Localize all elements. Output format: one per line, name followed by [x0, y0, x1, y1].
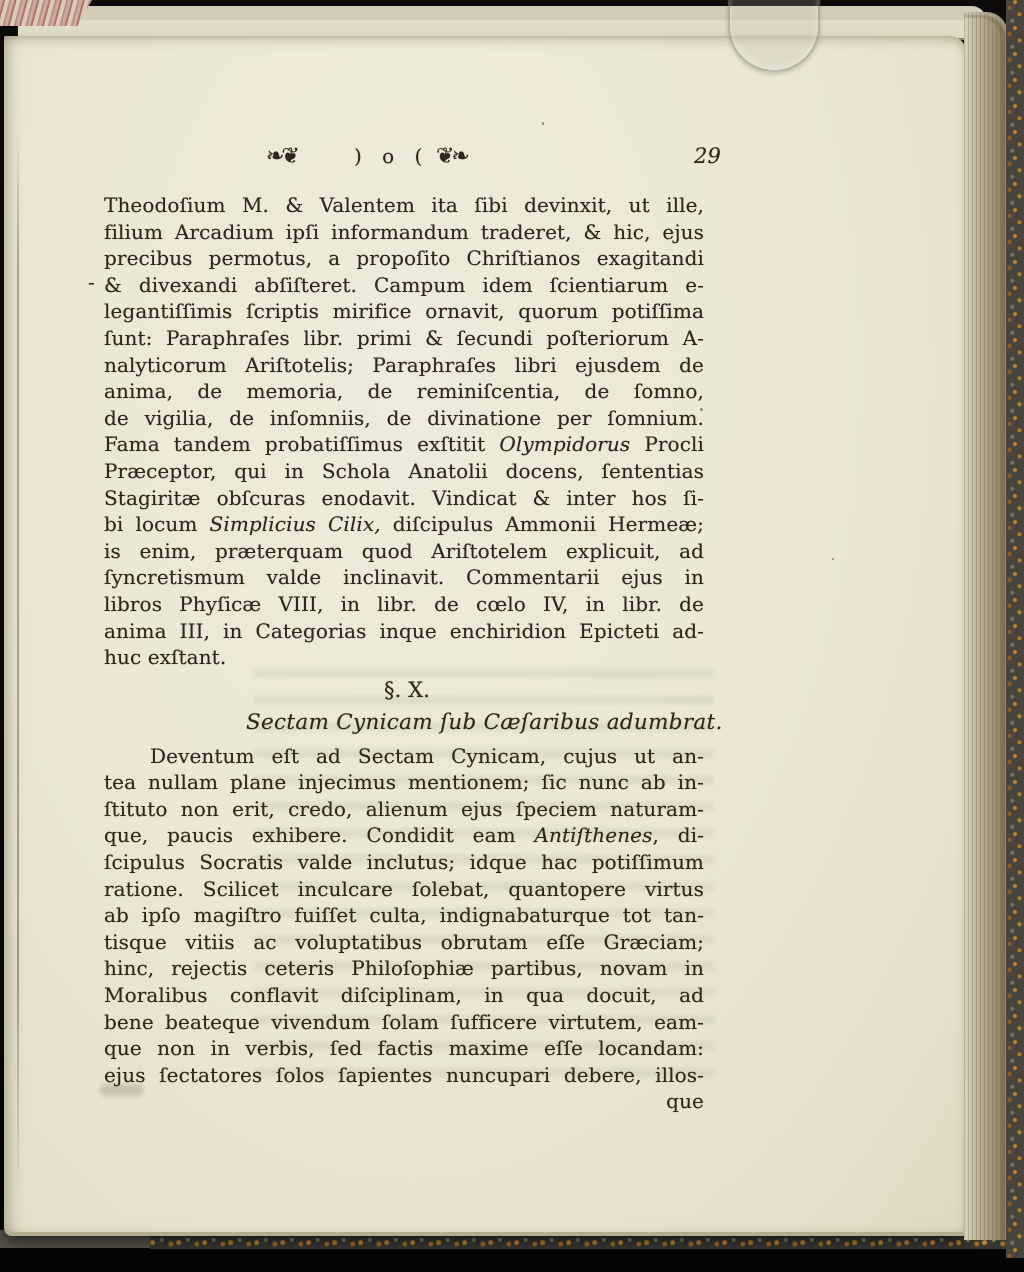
text-line: Præceptor, qui in Schola Anatolii docens… — [104, 458, 704, 485]
text-segment: ſyncretismum valde inclinavit. Commentar… — [104, 565, 704, 589]
paragraph-2: Deventum eſt ad Sectam Cynicam, cujus ut… — [104, 743, 704, 1089]
text-line: tea nullam plane injecimus mentionem; ſi… — [104, 769, 704, 796]
text-segment: Olympidorus — [499, 432, 630, 456]
text-segment: ratione. Scilicet inculcare ſolebat, qua… — [104, 877, 704, 901]
text-segment: bene beateque vivendum ſolam ſufficere v… — [104, 1010, 704, 1034]
text-line: de vigilia, de inſomniis, de divinatione… — [104, 405, 704, 432]
text-segment: ejus ſectatores ſolos ſapientes nuncupar… — [104, 1063, 704, 1087]
text-line: nalyticorum Ariſtotelis; Paraphraſes lib… — [104, 352, 704, 379]
page-stack-fore-edge — [964, 12, 1008, 1240]
text-segment: diſcipulus Ammonii Hermeæ; — [381, 512, 704, 536]
text-line: & divexandi abſiſteret. Campum idem ſcie… — [104, 272, 704, 299]
margin-dash: - — [88, 270, 95, 294]
text-segment: de vigilia, de inſomniis, de divinatione… — [104, 406, 704, 430]
header-separator: ) o ( — [354, 144, 429, 168]
text-segment: , di- — [652, 823, 704, 847]
page-header: ❧❦ ) o ( ❦❧ 29 — [104, 144, 704, 176]
floral-ornament-right-icon: ❦❧ — [436, 144, 467, 169]
text-line: Moralibus conflavit diſciplinam, in qua … — [104, 982, 704, 1009]
text-segment: hinc, rejectis ceteris Philoſophiæ parti… — [104, 956, 704, 980]
text-line: bi locum Simplicius Cilix, diſcipulus Am… — [104, 511, 704, 538]
floral-ornament-left-icon: ❧❦ — [266, 144, 297, 169]
text-segment: tea nullam plane injecimus mentionem; ſi… — [104, 770, 704, 794]
text-segment: tisque vitiis ac voluptatibus obrutam eſ… — [104, 930, 704, 954]
marbled-cover-corner — [0, 0, 92, 26]
text-segment: Procli — [630, 432, 704, 456]
text-line: Fama tandem probatiſſimus exſtitit Olymp… — [104, 431, 704, 458]
text-line: ab ipſo magiſtro fuiſſet culta, indignab… — [104, 902, 704, 929]
text-line: Stagiritæ obſcuras enodavit. Vindicat & … — [104, 485, 704, 512]
text-line: que, paucis exhibere. Condidit eam Antiſ… — [104, 822, 704, 849]
text-segment: filium Arcadium ipſi informandum tradere… — [104, 220, 704, 244]
text-segment: & divexandi abſiſteret. Campum idem ſcie… — [104, 273, 704, 297]
text-line: anima, de memoria, de reminiſcentia, de … — [104, 378, 704, 405]
text-segment: precibus permotus, a propoſito Chriſtian… — [104, 246, 704, 270]
text-line: bene beateque vivendum ſolam ſufficere v… — [104, 1009, 704, 1036]
section-heading: §. X. — [384, 677, 704, 704]
text-segment: ſcipulus Socratis valde inclutus; idque … — [104, 850, 704, 874]
text-segment: Theodoſium M. & Valentem ita ſibi devinx… — [104, 193, 704, 217]
text-segment: que non in verbis, ſed factis maxime eſſ… — [104, 1036, 704, 1060]
text-line: ejus ſectatores ſolos ſapientes nuncupar… — [104, 1062, 704, 1089]
text-segment: is enim, præterquam quod Ariſtotelem exp… — [104, 539, 704, 563]
paragraph-1: Theodoſium M. & Valentem ita ſibi devinx… — [104, 192, 704, 671]
page-number: 29 — [694, 144, 721, 168]
section-subheading: Sectam Cynicam ſub Cæſaribus adumbrat. — [246, 709, 704, 737]
text-segment: libros Phyſicæ VIII, in libr. de cœlo IV… — [104, 592, 704, 616]
text-line: tisque vitiis ac voluptatibus obrutam eſ… — [104, 929, 704, 956]
ink-speck — [542, 122, 544, 125]
text-line: Deventum eſt ad Sectam Cynicam, cujus ut… — [104, 743, 704, 770]
text-segment: huc exſtant. — [104, 645, 226, 669]
text-line: ſtituto non erit, credo, alienum ejus ſp… — [104, 796, 704, 823]
text-line: filium Arcadium ipſi informandum tradere… — [104, 219, 704, 246]
text-line: libros Phyſicæ VIII, in libr. de cœlo IV… — [104, 591, 704, 618]
text-line: que non in verbis, ſed factis maxime eſſ… — [104, 1035, 704, 1062]
text-line: is enim, præterquam quod Ariſtotelem exp… — [104, 538, 704, 565]
text-segment: ab ipſo magiſtro fuiſſet culta, indignab… — [104, 903, 704, 927]
text-segment: legantiſſimis ſcriptis mirifice ornavit,… — [104, 299, 704, 323]
text-line: ſyncretismum valde inclinavit. Commentar… — [104, 564, 704, 591]
text-line: ſcipulus Socratis valde inclutus; idque … — [104, 849, 704, 876]
text-line: huc exſtant. — [104, 644, 704, 671]
marbled-cover-bottom-edge — [150, 1236, 1012, 1249]
text-line: Theodoſium M. & Valentem ita ſibi devinx… — [104, 192, 704, 219]
text-segment: Præceptor, qui in Schola Anatolii docens… — [104, 459, 704, 483]
page-text: ❧❦ ) o ( ❦❧ 29 - Theodoſium M. & Valente… — [104, 144, 704, 1115]
text-segment: Stagiritæ obſcuras enodavit. Vindicat & … — [104, 486, 704, 510]
ink-speck — [832, 558, 834, 560]
text-segment: bi locum — [104, 512, 210, 536]
text-segment: Moralibus conflavit diſciplinam, in qua … — [104, 983, 704, 1007]
text-segment: nalyticorum Ariſtotelis; Paraphraſes lib… — [104, 353, 704, 377]
text-segment: Fama tandem probatiſſimus exſtitit — [104, 432, 499, 456]
text-segment: Deventum eſt ad Sectam Cynicam, cujus ut… — [150, 744, 704, 768]
text-line: ſunt: Paraphraſes libr. primi & ſecundi … — [104, 325, 704, 352]
text-line: hinc, rejectis ceteris Philoſophiæ parti… — [104, 955, 704, 982]
text-line: legantiſſimis ſcriptis mirifice ornavit,… — [104, 298, 704, 325]
text-segment: anima III, in Categorias inque enchiridi… — [104, 619, 704, 643]
text-segment: Simplicius Cilix, — [210, 512, 381, 536]
text-line: precibus permotus, a propoſito Chriſtian… — [104, 245, 704, 272]
catchword-line: que — [104, 1088, 704, 1115]
text-segment: anima, de memoria, de reminiſcentia, de … — [104, 379, 704, 403]
book-scan: ❧❦ ) o ( ❦❧ 29 - Theodoſium M. & Valente… — [0, 0, 1024, 1272]
marbled-cover-right-edge — [1006, 0, 1024, 1258]
book-page: ❧❦ ) o ( ❦❧ 29 - Theodoſium M. & Valente… — [4, 36, 966, 1232]
text-line: ratione. Scilicet inculcare ſolebat, qua… — [104, 876, 704, 903]
text-segment: ſtituto non erit, credo, alienum ejus ſp… — [104, 797, 704, 821]
text-segment: que, paucis exhibere. Condidit eam — [104, 823, 534, 847]
text-segment: ſunt: Paraphraſes libr. primi & ſecundi … — [104, 326, 704, 350]
text-segment: Antiſthenes — [534, 823, 652, 847]
gutter-crease — [17, 136, 19, 1196]
text-line: anima III, in Categorias inque enchiridi… — [104, 618, 704, 645]
catchword: que — [666, 1089, 704, 1113]
